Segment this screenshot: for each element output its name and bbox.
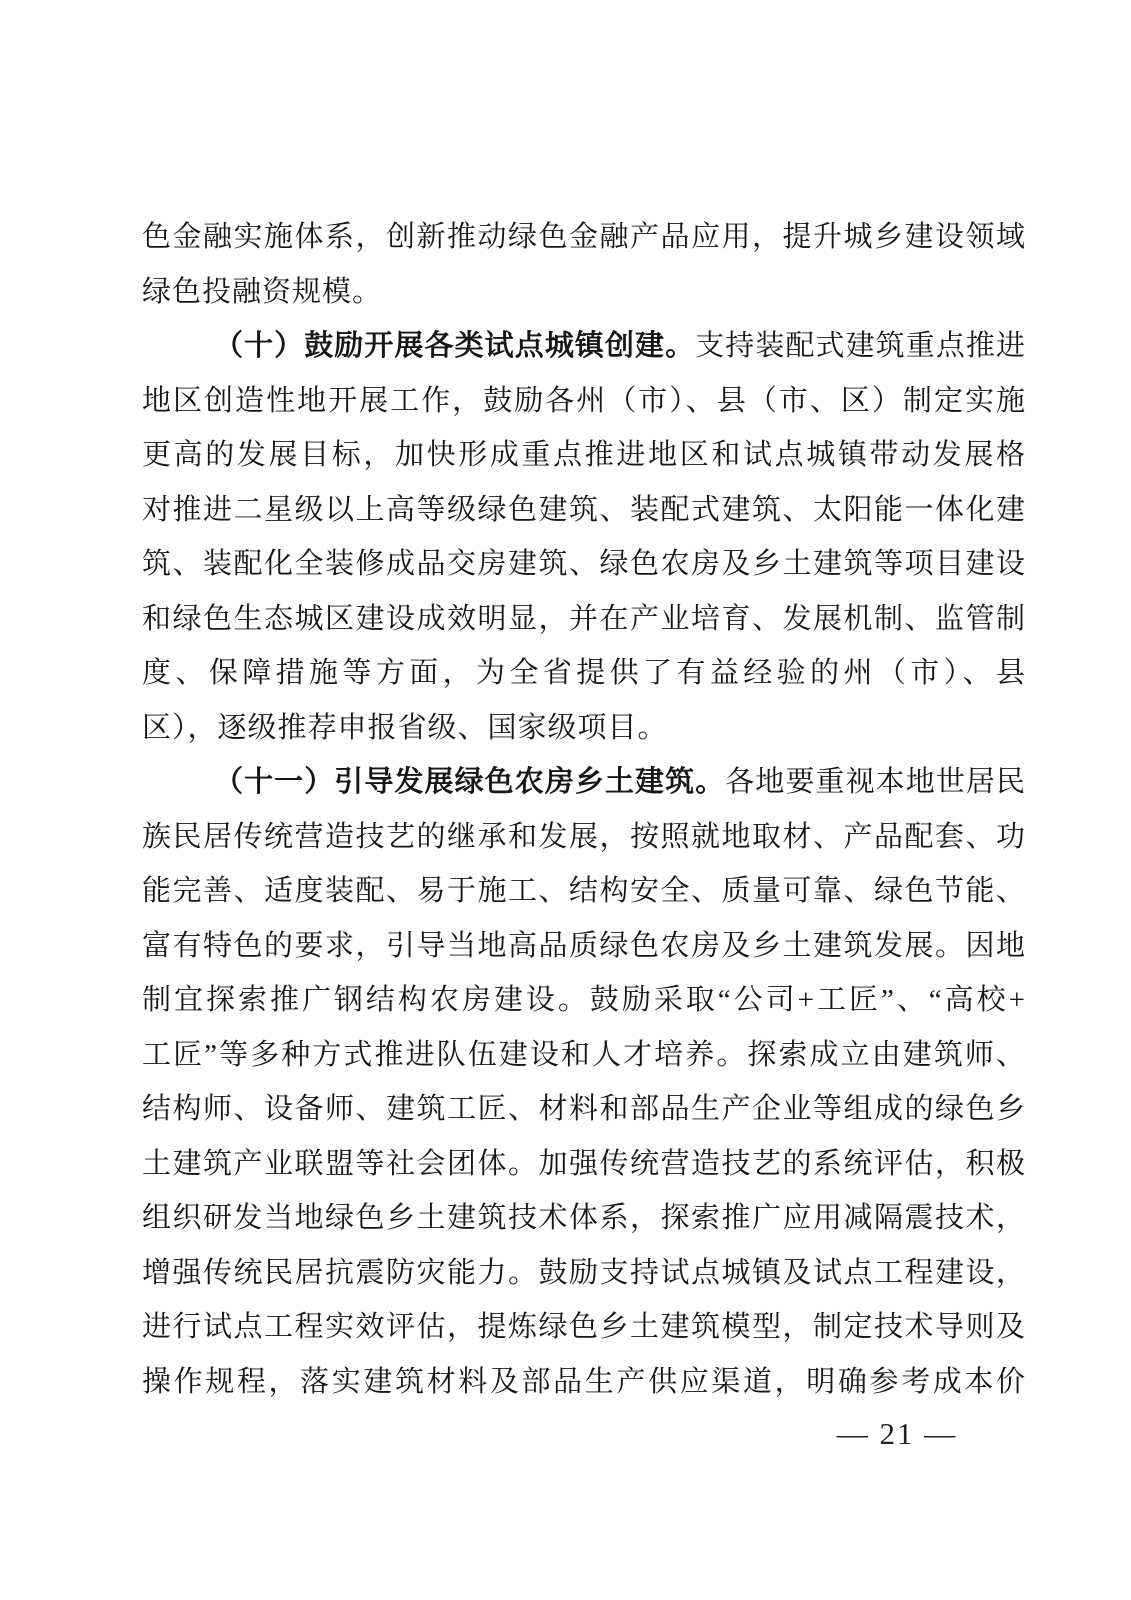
text-line: 地区创造性地开展工作，鼓励各州（市）、县（市、区）制定实施: [142, 374, 1026, 429]
text-line: 筑、装配化全装修成品交房建筑、绿色农房及乡土建筑等项目建设: [142, 537, 1026, 592]
text-line: 绿色投融资规模。: [142, 265, 1026, 320]
text-line: （十一）引导发展绿色农房乡土建筑。各地要重视本地世居民: [142, 755, 1026, 810]
paragraph-item-11: （十一）引导发展绿色农房乡土建筑。各地要重视本地世居民族民居传统营造技艺的继承和…: [142, 755, 1026, 1409]
text-line: 增强传统民居抗震防灾能力。鼓励支持试点城镇及试点工程建设，: [142, 1246, 1026, 1301]
document-body: 色金融实施体系，创新推动绿色金融产品应用，提升城乡建设领域绿色投融资规模。（十）…: [142, 210, 1026, 1409]
text-line: 区），逐级推荐申报省级、国家级项目。: [142, 701, 1026, 756]
text-line: 富有特色的要求，引导当地高品质绿色农房及乡土建筑发展。因地: [142, 919, 1026, 974]
text-line: 土建筑产业联盟等社会团体。加强传统营造技艺的系统评估，积极: [142, 1137, 1026, 1192]
text-line: 族民居传统营造技艺的继承和发展，按照就地取材、产品配套、功: [142, 810, 1026, 865]
paragraph-item-10: （十）鼓励开展各类试点城镇创建。支持装配式建筑重点推进地区创造性地开展工作，鼓励…: [142, 319, 1026, 755]
text-line: 和绿色生态城区建设成效明显，并在产业培育、发展机制、监管制: [142, 592, 1026, 647]
text-line: 更高的发展目标，加快形成重点推进地区和试点城镇带动发展格局。: [142, 428, 1026, 483]
document-page: 色金融实施体系，创新推动绿色金融产品应用，提升城乡建设领域绿色投融资规模。（十）…: [0, 0, 1131, 1600]
text-line: 工匠”等多种方式推进队伍建设和人才培养。探索成立由建筑师、: [142, 1028, 1026, 1083]
clause-heading: （十）鼓励开展各类试点城镇创建。: [214, 330, 695, 362]
text-line: 进行试点工程实效评估，提炼绿色乡土建筑模型，制定技术导则及: [142, 1300, 1026, 1355]
text-line: 结构师、设备师、建筑工匠、材料和部品生产企业等组成的绿色乡: [142, 1082, 1026, 1137]
text-line: 色金融实施体系，创新推动绿色金融产品应用，提升城乡建设领域: [142, 210, 1026, 265]
text-line: 度、保障措施等方面，为全省提供了有益经验的州（市）、县（市、: [142, 646, 1026, 701]
text-line: （十）鼓励开展各类试点城镇创建。支持装配式建筑重点推进: [142, 319, 1026, 374]
text-line: 组织研发当地绿色乡土建筑技术体系，探索推广应用减隔震技术，: [142, 1191, 1026, 1246]
text-line: 操作规程，落实建筑材料及部品生产供应渠道，明确参考成本价格，: [142, 1355, 1026, 1410]
paragraph-continuation: 色金融实施体系，创新推动绿色金融产品应用，提升城乡建设领域绿色投融资规模。: [142, 210, 1026, 319]
text-line: 对推进二星级以上高等级绿色建筑、装配式建筑、太阳能一体化建: [142, 483, 1026, 538]
page-number: — 21 —: [822, 1412, 972, 1456]
text-line: 制宜探索推广钢结构农房建设。鼓励采取“公司+工匠”、“高校+: [142, 973, 1026, 1028]
clause-heading: （十一）引导发展绿色农房乡土建筑。: [214, 766, 725, 798]
text-line: 能完善、适度装配、易于施工、结构安全、质量可靠、绿色节能、: [142, 864, 1026, 919]
